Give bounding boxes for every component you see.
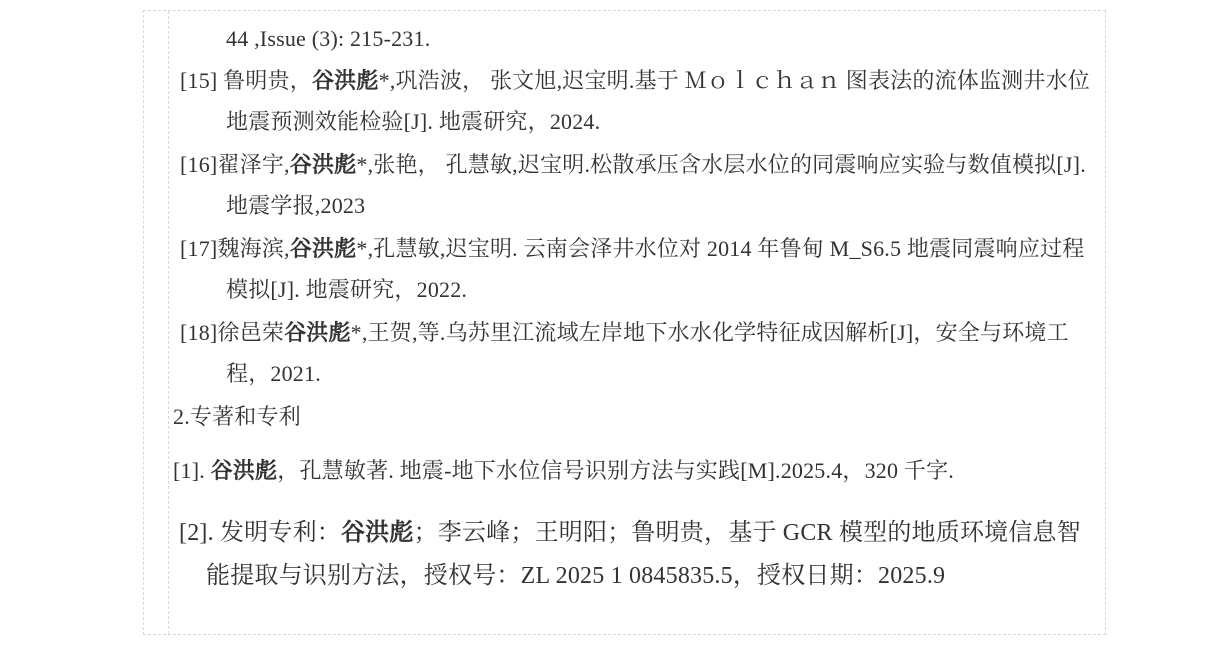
book-item-1: [1]. 谷洪彪，孔慧敏著. 地震-地下水位信号识别方法与实践[M].2025.… <box>173 450 1091 491</box>
reference-item-18: [18]徐邑荣谷洪彪*,王贺,等.乌苏里江流域左岸地下水水化学特征成因解析[J]… <box>173 312 1091 394</box>
document-content: 44 ,Issue (3): 215-231. [15] 鲁明贵，谷洪彪*,巩浩… <box>168 11 1105 634</box>
reference-item-15: [15] 鲁明贵，谷洪彪*,巩浩波， 张文旭,迟宝明.基于 Ｍｏｌｃｈａｎ 图表… <box>173 60 1091 142</box>
reference-item-16: [16]翟泽宇,谷洪彪*,张艳， 孔慧敏,迟宝明.松散承压含水层水位的同震响应实… <box>173 144 1091 226</box>
document-page: 44 ,Issue (3): 215-231. [15] 鲁明贵，谷洪彪*,巩浩… <box>0 0 1222 671</box>
patent-item-2: [2]. 发明专利：谷洪彪；李云峰；王明阳；鲁明贵，基于 GCR 模型的地质环境… <box>173 512 1091 598</box>
section-heading-books-patents: 2.专著和专利 <box>173 396 1091 437</box>
table-gridlines-frame: 44 ,Issue (3): 215-231. [15] 鲁明贵，谷洪彪*,巩浩… <box>143 10 1106 635</box>
reference-item-17: [17]魏海滨,谷洪彪*,孔慧敏,迟宝明. 云南会泽井水位对 2014 年鲁甸 … <box>173 228 1091 310</box>
reference-carryover-line: 44 ,Issue (3): 215-231. <box>173 18 1091 59</box>
